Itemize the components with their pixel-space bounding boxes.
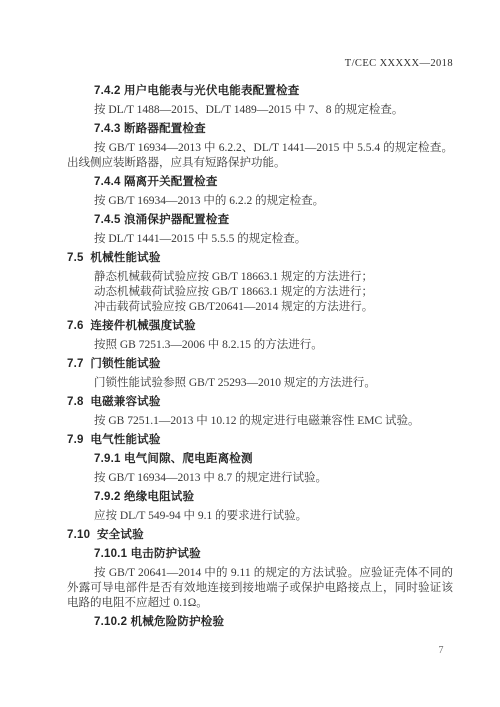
document-content: T/CEC XXXXX—2018 7.4.2 用户电能表与光伏电能表配置检查按 … [67, 57, 453, 634]
clause-heading: 7.9.1 电气间隙、爬电距离检测 [94, 452, 453, 467]
paragraph: 冲击载荷试验应按 GB/T20641—2014 规定的方法进行。 [67, 300, 453, 315]
paragraph: 按 GB/T 16934—2013 中的 6.2.2 的规定检查。 [67, 194, 453, 209]
clause-heading: 7.7 门锁性能试验 [67, 357, 453, 372]
clause-heading: 7.8 电磁兼容试验 [67, 395, 453, 410]
paragraph: 静态机械载荷试验应按 GB/T 18663.1 规定的方法进行； [67, 270, 453, 285]
document-page: T/CEC XXXXX—2018 7.4.2 用户电能表与光伏电能表配置检查按 … [0, 0, 500, 707]
paragraph: 门锁性能试验参照 GB/T 25293—2010 规定的方法进行。 [67, 376, 453, 391]
clause-heading: 7.9.2 绝缘电阻试验 [94, 490, 453, 505]
clause-heading: 7.10 安全试验 [67, 528, 453, 543]
clause-heading: 7.6 连接件机械强度试验 [67, 319, 453, 334]
clause-heading: 7.4.5 浪涌保护器配置检查 [94, 213, 453, 228]
page-number: 7 [432, 645, 450, 656]
paragraph: 按 GB/T 16934—2013 中 8.7 的规定进行试验。 [67, 471, 453, 486]
paragraph: 按 GB/T 16934—2013 中 6.2.2、DL/T 1441—2015… [67, 141, 453, 171]
clause-heading: 7.10.1 电击防护试验 [94, 547, 453, 562]
paragraph: 按 DL/T 1441—2015 中 5.5.5 的规定检查。 [67, 232, 453, 247]
clause-heading: 7.4.2 用户电能表与光伏电能表配置检查 [94, 84, 453, 99]
document-body: 7.4.2 用户电能表与光伏电能表配置检查按 DL/T 1488—2015、DL… [67, 84, 453, 630]
paragraph: 按照 GB 7251.3—2006 中 8.2.15 的方法进行。 [67, 338, 453, 353]
clause-heading: 7.4.3 断路器配置检查 [94, 122, 453, 137]
clause-heading: 7.10.2 机械危险防护检验 [94, 615, 453, 630]
clause-heading: 7.5 机械性能试验 [67, 251, 453, 266]
paragraph: 按 GB 7251.1—2013 中 10.12 的规定进行电磁兼容性 EMC … [67, 414, 453, 429]
paragraph: 按 DL/T 1488—2015、DL/T 1489—2015 中 7、8 的规… [67, 103, 453, 118]
clause-heading: 7.4.4 隔离开关配置检查 [94, 175, 453, 190]
paragraph: 按 GB/T 20641—2014 中的 9.11 的规定的方法试验。应验证壳体… [67, 566, 453, 611]
running-header: T/CEC XXXXX—2018 [67, 57, 453, 71]
paragraph: 动态机械载荷试验应按 GB/T 18663.1 规定的方法进行； [67, 285, 453, 300]
clause-heading: 7.9 电气性能试验 [67, 433, 453, 448]
paragraph: 应按 DL/T 549-94 中 9.1 的要求进行试验。 [67, 509, 453, 524]
